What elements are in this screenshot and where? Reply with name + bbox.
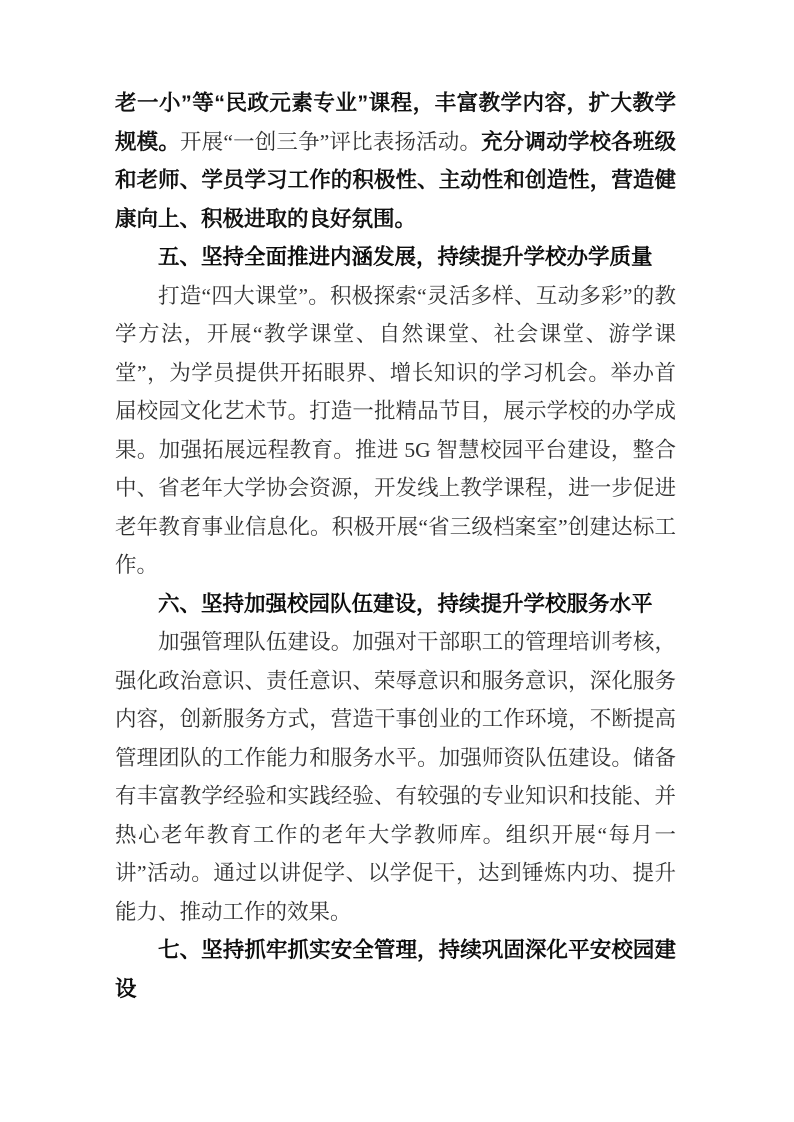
document-body: 老一小”等“民政元素专业”课程，丰富教学内容，扩大教学规模。开展“一创三争”评比… (115, 84, 676, 1008)
text-run-light: 打造“四大课堂”。积极探索“灵活多样、互动多彩”的教学方法，开展“教学课堂、自然… (115, 284, 676, 578)
heading-text: 六、坚持加强校园队伍建设，持续提升学校服务水平 (158, 592, 653, 616)
heading-text: 五、坚持全面推进内涵发展，持续提升学校办学质量 (158, 245, 653, 269)
section-heading-five: 五、坚持全面推进内涵发展，持续提升学校办学质量 (115, 238, 676, 277)
text-run-light: 开展“一创三争”评比表扬活动。 (180, 130, 481, 154)
document-page: 老一小”等“民政元素专业”课程，丰富教学内容，扩大教学规模。开展“一创三争”评比… (0, 0, 794, 1122)
section-heading-six: 六、坚持加强校园队伍建设，持续提升学校服务水平 (115, 585, 676, 624)
section-body-six: 加强管理队伍建设。加强对干部职工的管理培训考核，强化政治意识、责任意识、荣辱意识… (115, 623, 676, 931)
text-run-light: 加强管理队伍建设。加强对干部职工的管理培训考核，强化政治意识、责任意识、荣辱意识… (115, 630, 676, 924)
paragraph-continued: 老一小”等“民政元素专业”课程，丰富教学内容，扩大教学规模。开展“一创三争”评比… (115, 84, 676, 238)
section-body-five: 打造“四大课堂”。积极探索“灵活多样、互动多彩”的教学方法，开展“教学课堂、自然… (115, 277, 676, 585)
section-heading-seven: 七、坚持抓牢抓实安全管理，持续巩固深化平安校园建设 (115, 931, 676, 1008)
heading-text: 七、坚持抓牢抓实安全管理，持续巩固深化平安校园建设 (115, 938, 676, 1001)
